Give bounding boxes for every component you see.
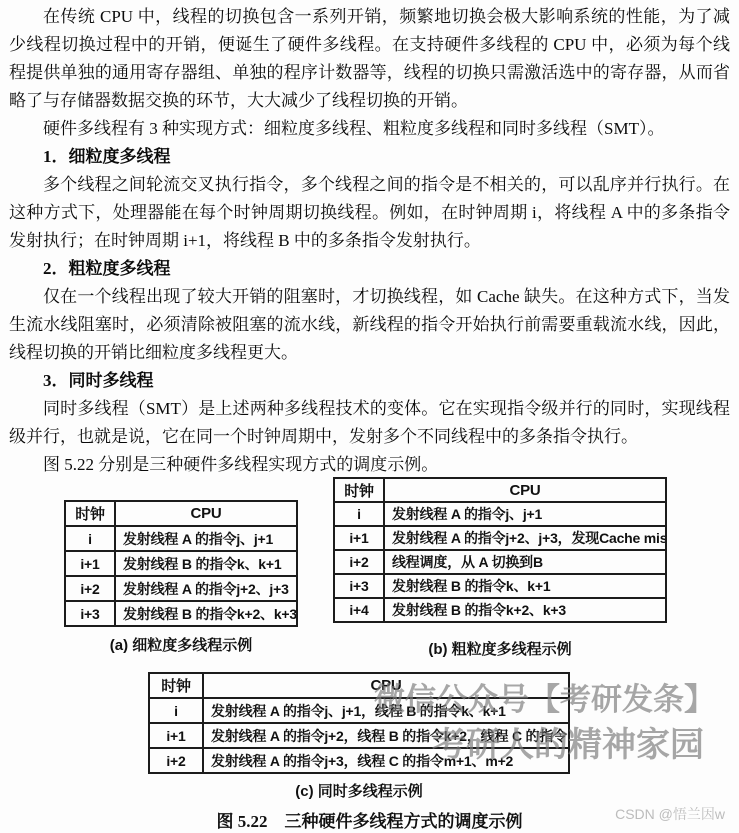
cpu-column-header: CPU xyxy=(115,501,297,526)
table-row: i+3 发射线程 B 的指令k+2、k+3 xyxy=(65,601,297,626)
clock-cell: i+2 xyxy=(334,550,384,574)
table-row: i+2 线程调度，从 A 切换到B xyxy=(334,550,666,574)
table-row: i+1 发射线程 B 的指令k、k+1 xyxy=(65,551,297,576)
clock-column-header: 时钟 xyxy=(149,673,203,698)
cpu-cell: 发射线程 A 的指令j、j+1 xyxy=(384,502,666,526)
table-row: i+3 发射线程 B 的指令k、k+1 xyxy=(334,574,666,598)
clock-cell: i+4 xyxy=(334,598,384,622)
section-heading-smt: 3．同时多线程 xyxy=(9,367,730,395)
cpu-cell: 线程调度，从 A 切换到B xyxy=(384,550,666,574)
caption-coarse-grained: (b) 粗粒度多线程示例 xyxy=(333,638,667,659)
clock-cell: i+1 xyxy=(65,551,115,576)
clock-cell: i+2 xyxy=(65,576,115,601)
figure-intro: 图 5.22 分别是三种硬件多线程实现方式的调度示例。 xyxy=(9,451,730,479)
clock-cell: i xyxy=(65,526,115,551)
clock-cell: i xyxy=(149,698,203,723)
table-row: i+2 发射线程 A 的指令j+2、j+3 xyxy=(65,576,297,601)
cpu-cell: 发射线程 A 的指令j、j+1 xyxy=(115,526,297,551)
table-header-row: 时钟 CPU xyxy=(334,478,666,502)
table-coarse-grained: 时钟 CPU i 发射线程 A 的指令j、j+1 i+1 发射线程 A 的指令j… xyxy=(333,477,667,623)
section-heading-coarse-grained: 2．粗粒度多线程 xyxy=(9,255,730,283)
clock-cell: i xyxy=(334,502,384,526)
section-body-coarse-grained: 仅在一个线程出现了较大开销的阻塞时，才切换线程，如 Cache 缺失。在这种方式… xyxy=(9,283,730,367)
cpu-cell: 发射线程 A 的指令j+2、j+3，发现Cache miss xyxy=(384,526,666,550)
table-fine-grained: 时钟 CPU i 发射线程 A 的指令j、j+1 i+1 发射线程 B 的指令k… xyxy=(64,500,298,627)
clock-cell: i+3 xyxy=(65,601,115,626)
intro-paragraph-1: 在传统 CPU 中，线程的切换包含一系列开销，频繁地切换会极大影响系统的性能，为… xyxy=(9,3,730,115)
caption-fine-grained: (a) 细粒度多线程示例 xyxy=(64,634,298,655)
table-row: i+4 发射线程 B 的指令k+2、k+3 xyxy=(334,598,666,622)
section-heading-fine-grained: 1．细粒度多线程 xyxy=(9,143,730,171)
caption-smt: (c) 同时多线程示例 xyxy=(148,780,570,801)
watermark-line1: 微信公众号【考研发条】 xyxy=(374,674,715,719)
body-text: 在传统 CPU 中，线程的切换包含一系列开销，频繁地切换会极大影响系统的性能，为… xyxy=(9,3,730,479)
clock-cell: i+1 xyxy=(334,526,384,550)
cpu-cell: 发射线程 A 的指令j+2、j+3 xyxy=(115,576,297,601)
section-body-smt: 同时多线程（SMT）是上述两种多线程技术的变体。它在实现指令级并行的同时，实现线… xyxy=(9,395,730,451)
cpu-cell: 发射线程 B 的指令k+2、k+3 xyxy=(115,601,297,626)
clock-cell: i+2 xyxy=(149,748,203,773)
clock-cell: i+3 xyxy=(334,574,384,598)
section-body-fine-grained: 多个线程之间轮流交叉执行指令，多个线程之间的指令是不相关的，可以乱序并行执行。在… xyxy=(9,171,730,255)
table-row: i+1 发射线程 A 的指令j+2、j+3，发现Cache miss xyxy=(334,526,666,550)
table-header-row: 时钟 CPU xyxy=(65,501,297,526)
document-page: 在传统 CPU 中，线程的切换包含一系列开销，频繁地切换会极大影响系统的性能，为… xyxy=(0,0,739,833)
intro-paragraph-2: 硬件多线程有 3 种实现方式：细粒度多线程、粗粒度多线程和同时多线程（SMT）。 xyxy=(9,115,730,143)
clock-cell: i+1 xyxy=(149,723,203,748)
clock-column-header: 时钟 xyxy=(65,501,115,526)
watermark-line2: 考研人的精神家园 xyxy=(432,717,704,766)
cpu-cell: 发射线程 B 的指令k、k+1 xyxy=(115,551,297,576)
cpu-cell: 发射线程 B 的指令k+2、k+3 xyxy=(384,598,666,622)
cpu-cell: 发射线程 B 的指令k、k+1 xyxy=(384,574,666,598)
table-row: i 发射线程 A 的指令j、j+1 xyxy=(334,502,666,526)
csdn-credit: CSDN @悟兰因w xyxy=(615,804,725,824)
table-row: i 发射线程 A 的指令j、j+1 xyxy=(65,526,297,551)
clock-column-header: 时钟 xyxy=(334,478,384,502)
cpu-column-header: CPU xyxy=(384,478,666,502)
